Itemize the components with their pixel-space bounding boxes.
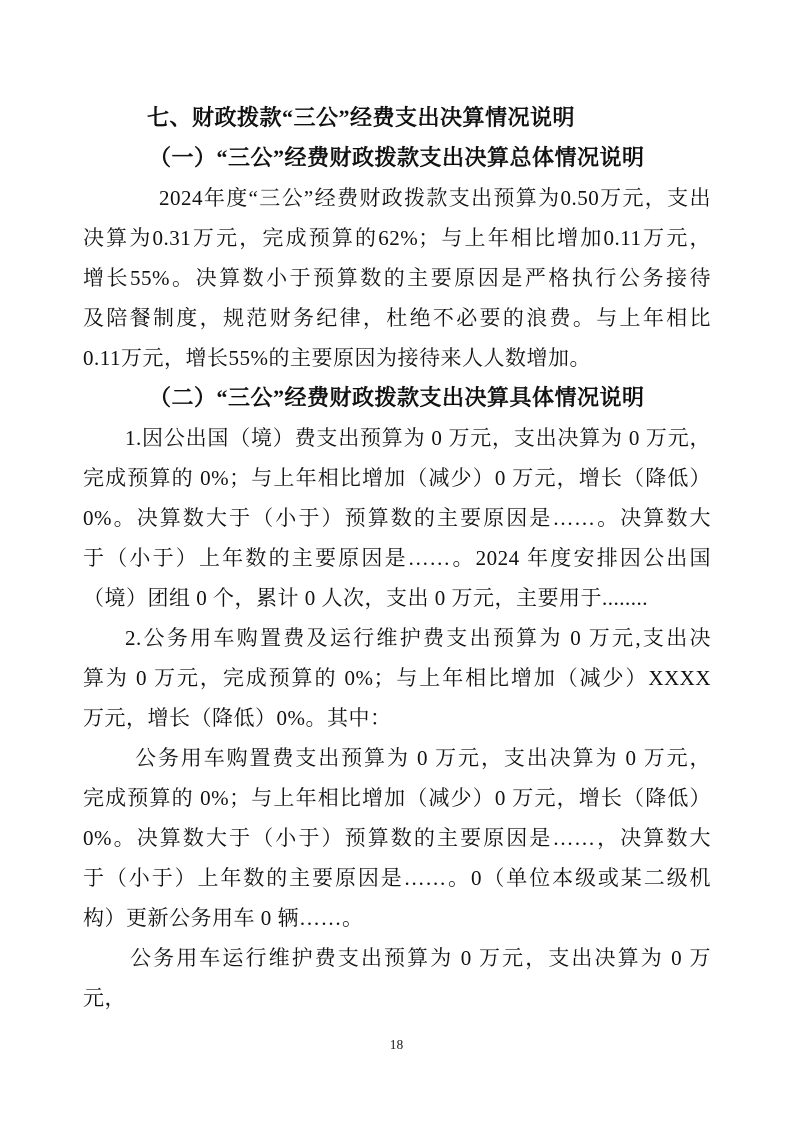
document-content: 七、财政拨款“三公”经费支出决算情况说明 （一）“三公”经费财政拨款支出决算总体… [83,98,711,1018]
text-line: 0%。决算数大于（小于）预算数的主要原因是……。决算数大 [83,498,711,538]
text-line: 公务用车运行维护费支出预算为 0 万元，支出决算为 0 万 [83,938,711,978]
text-line: 元， [83,978,711,1018]
text-line: 万元，增长（降低）0%。其中： [83,698,711,738]
text-line: 0.11万元，增长55%的主要原因为接待来人人数增加。 [83,338,711,378]
paragraph-vehicle-purchase: 公务用车购置费支出预算为 0 万元，支出决算为 0 万元，完成预算的 0%；与上… [83,738,711,938]
text-line: 0%。决算数大于（小于）预算数的主要原因是……，决算数大 [83,818,711,858]
text-line: 构）更新公务用车 0 辆……。 [83,898,711,938]
text-line: 增长55%。决算数小于预算数的主要原因是严格执行公务接待 [83,258,711,298]
text-line: （境）团组 0 个，累计 0 人次，支出 0 万元，主要用于........ [83,578,711,618]
text-line: 算为 0 万元，完成预算的 0%；与上年相比增加（减少）XXXX [83,658,711,698]
subsection-heading-specific: （二）“三公”经费财政拨款支出决算具体情况说明 [83,378,711,418]
subsection-heading-overall: （一）“三公”经费财政拨款支出决算总体情况说明 [83,138,711,178]
main-section-heading: 七、财政拨款“三公”经费支出决算情况说明 [83,98,711,138]
text-line: 2024年度“三公”经费财政拨款支出预算为0.50万元，支出 [83,178,711,218]
text-line: 于（小于）上年数的主要原因是……。2024 年度安排因公出国 [83,538,711,578]
paragraph-vehicle-total: 2.公务用车购置费及运行维护费支出预算为 0 万元,支出决算为 0 万元，完成预… [83,618,711,738]
text-line: 公务用车购置费支出预算为 0 万元，支出决算为 0 万元， [83,738,711,778]
text-line: 决算为0.31万元，完成预算的62%；与上年相比增加0.11万元， [83,218,711,258]
text-line: 1.因公出国（境）费支出预算为 0 万元，支出决算为 0 万元， [83,418,711,458]
text-line: 完成预算的 0%；与上年相比增加（减少）0 万元，增长（降低） [83,458,711,498]
document-page: 七、财政拨款“三公”经费支出决算情况说明 （一）“三公”经费财政拨款支出决算总体… [0,0,793,1122]
text-line: 2.公务用车购置费及运行维护费支出预算为 0 万元,支出决 [83,618,711,658]
text-line: 于（小于）上年数的主要原因是……。0（单位本级或某二级机 [83,858,711,898]
paragraph-vehicle-maintenance: 公务用车运行维护费支出预算为 0 万元，支出决算为 0 万元， [83,938,711,1018]
text-line: 及陪餐制度，规范财务纪律，杜绝不必要的浪费。与上年相比 [83,298,711,338]
text-line: 完成预算的 0%；与上年相比增加（减少）0 万元，增长（降低） [83,778,711,818]
paragraph-abroad-expense: 1.因公出国（境）费支出预算为 0 万元，支出决算为 0 万元，完成预算的 0%… [83,418,711,618]
paragraph-overall-situation: 2024年度“三公”经费财政拨款支出预算为0.50万元，支出决算为0.31万元，… [83,178,711,378]
page-number: 18 [0,1036,793,1054]
